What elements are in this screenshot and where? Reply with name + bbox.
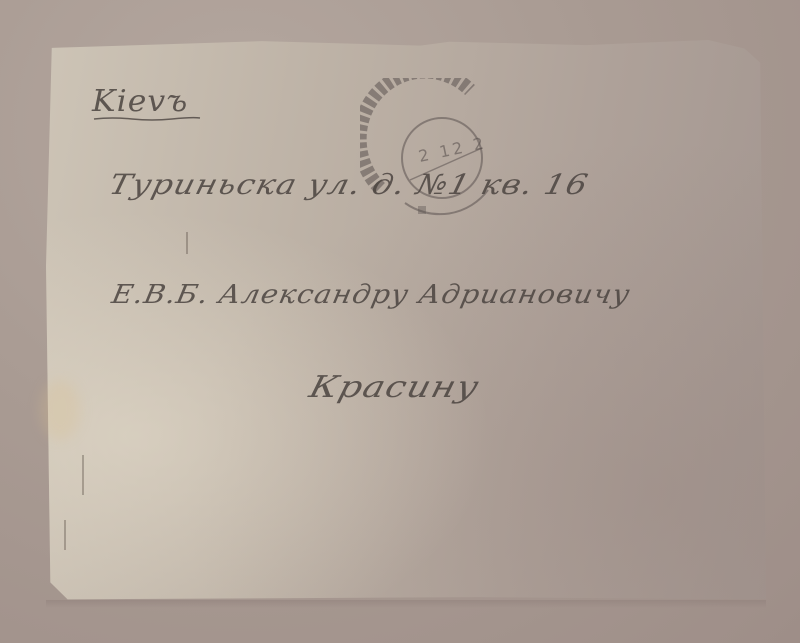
city-line: Kievъ <box>92 84 188 119</box>
paper-crease <box>64 520 66 550</box>
ink-mark <box>186 232 188 254</box>
city-underline <box>92 116 202 122</box>
paper-stain <box>40 380 80 440</box>
recipient-salutation-line: Е.В.Б. Александру Адриановичу <box>109 280 633 310</box>
envelope-shadow <box>46 600 766 608</box>
paper-crease <box>82 455 84 495</box>
street-address-line: Туриньска ул. д. №1 кв. 16 <box>106 168 592 201</box>
recipient-surname-line: Красину <box>306 370 484 405</box>
